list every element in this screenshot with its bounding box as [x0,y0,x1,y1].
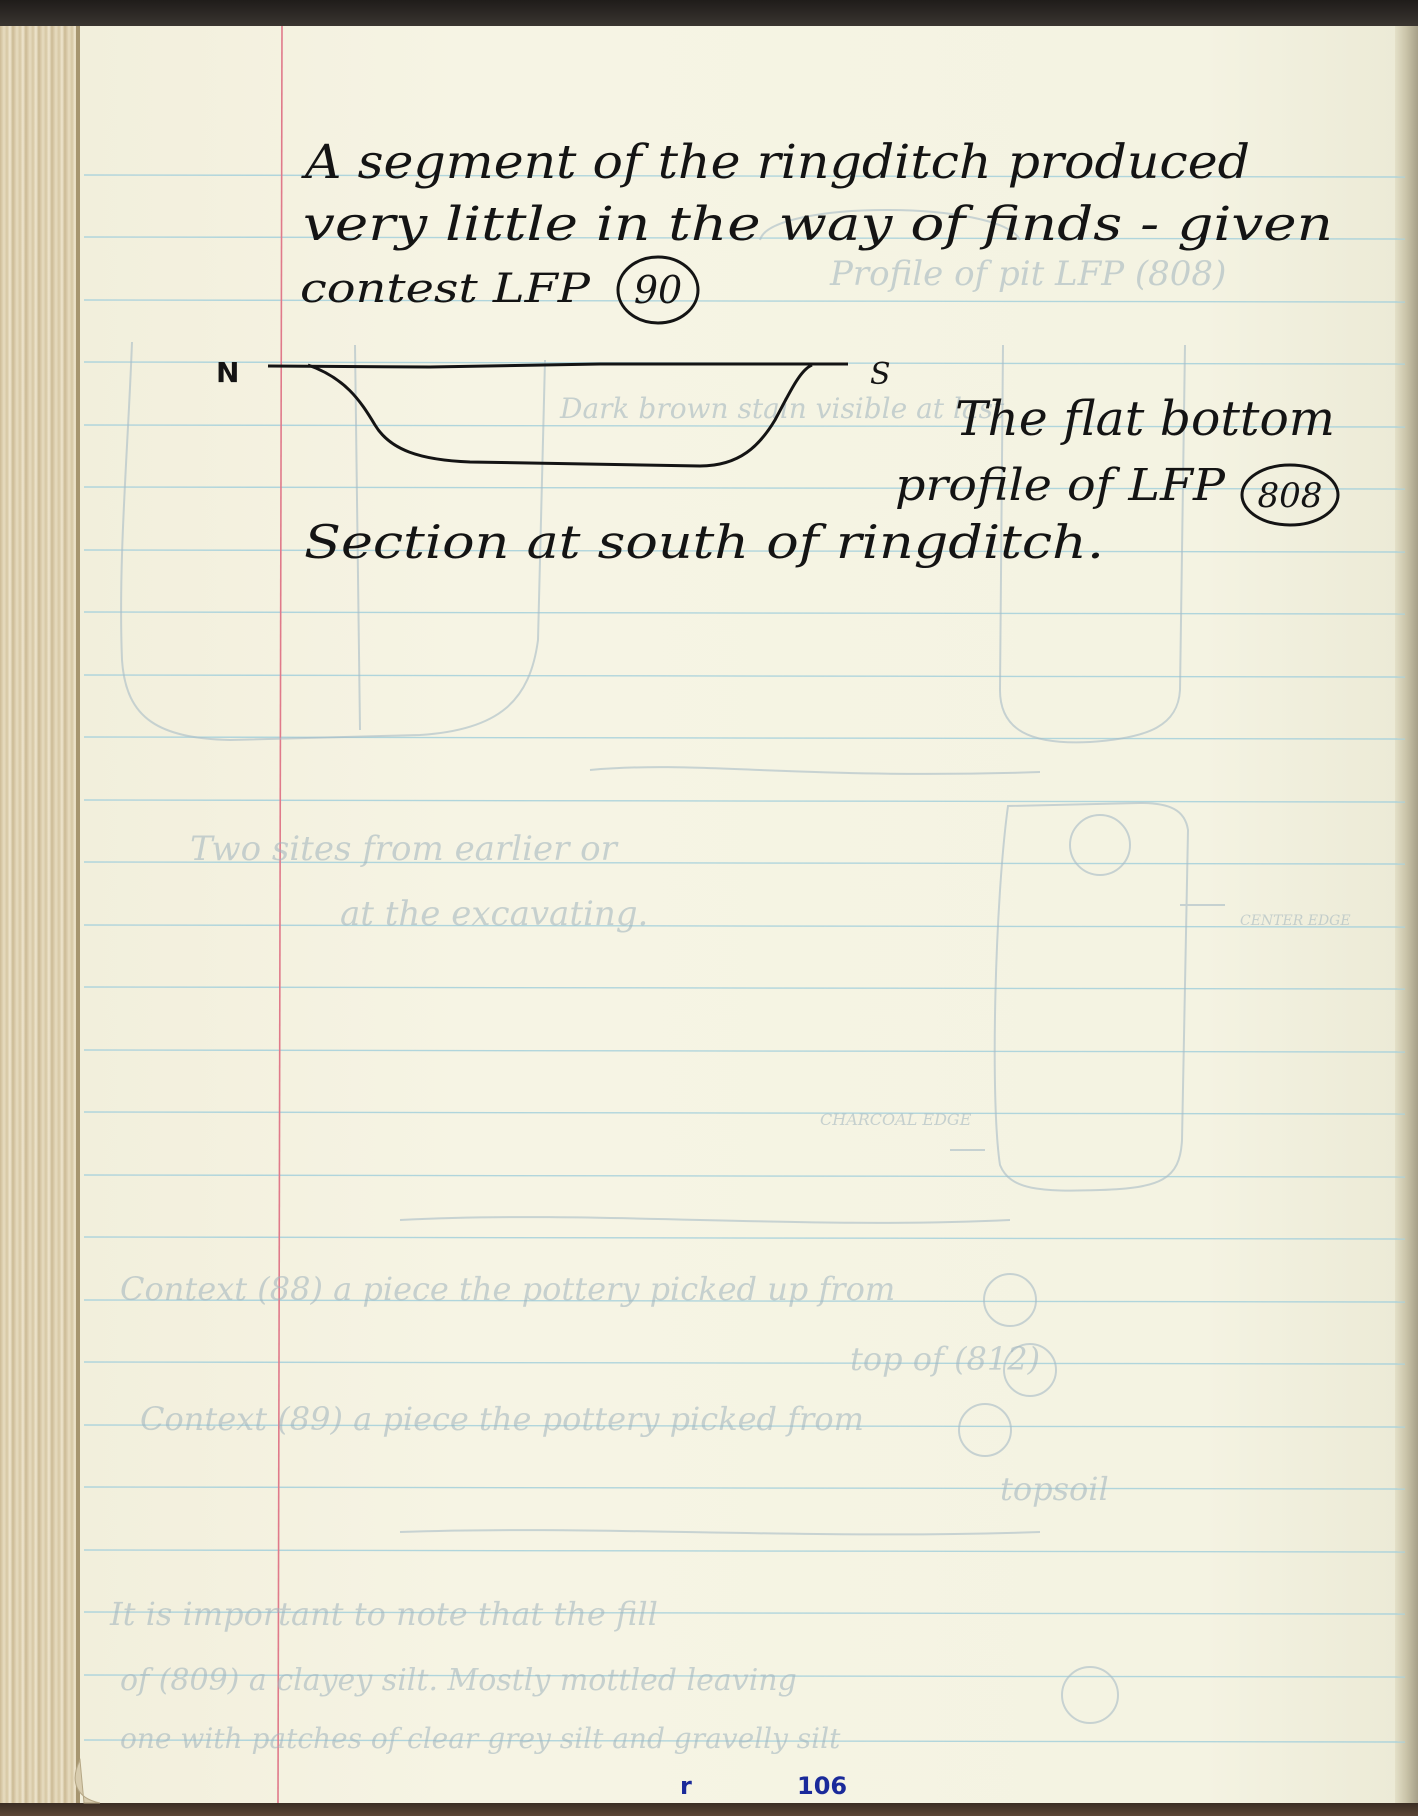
context-number-90: 90 [634,268,682,312]
note-line-3: contest LFP [300,266,591,312]
svg-text:CHARCOAL EDGE: CHARCOAL EDGE [820,1110,972,1129]
svg-text:Two sites from earlier or: Two sites from earlier or [190,829,619,869]
note-paragraph: A segment of the ringditch produced very… [300,135,1333,323]
page-corner-curl [75,1760,100,1803]
side-note-line-2: profile of LFP [895,460,1227,511]
south-label: S [870,357,891,392]
note-line-1: A segment of the ringditch produced [301,135,1250,190]
margin-rule [278,26,282,1803]
svg-text:top of (812): top of (812) [850,1340,1040,1378]
footer-mark: r [680,1772,692,1800]
svg-text:Context (88) a piece the potte: Context (88) a piece the pottery picked … [120,1270,895,1308]
context-number-808: 808 [1258,476,1323,516]
svg-text:one with patches of clear grey: one with patches of clear grey silt and … [120,1722,841,1755]
svg-text:Context (89) a piece the potte: Context (89) a piece the pottery picked … [140,1400,864,1438]
svg-text:topsoil: topsoil [1000,1470,1109,1508]
side-note-line-1: The flat bottom [955,391,1335,447]
note-line-2: very little in the way of finds - given [303,197,1333,252]
diagram-caption: Section at south of ringditch. [304,515,1104,569]
north-label: N [216,356,239,389]
page-content: Profile of pit LFP (808) Dark brown stai… [0,0,1418,1816]
svg-text:CENTER EDGE: CENTER EDGE [1240,913,1351,929]
svg-text:at the excavating.: at the excavating. [340,894,648,934]
svg-text:It is important to note that t: It is important to note that the fill [109,1595,658,1633]
side-note: The flat bottom profile of LFP 808 [895,391,1338,525]
page-number: 106 [797,1772,847,1800]
svg-text:Profile of pit LFP (808): Profile of pit LFP (808) [829,254,1226,294]
svg-text:of (809) a clayey silt. Mostly: of (809) a clayey silt. Mostly mottled l… [120,1663,797,1698]
